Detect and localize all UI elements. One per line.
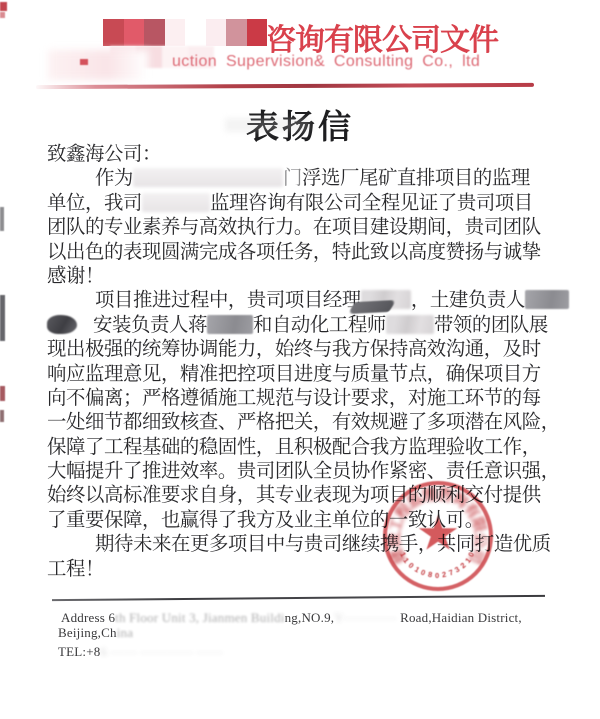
mosaic-cell [165, 19, 186, 46]
body-line: 期待未来在更多项目中与贵司继续携手，共同打造优质 [47, 533, 587, 557]
body-line: 了重要保障，也赢得了我方及业主单位的一致认可。 [47, 509, 587, 533]
footer-text-fragment: 6 —— ———— —— [100, 644, 223, 659]
redaction-block [142, 193, 210, 212]
mosaic-cell [124, 19, 145, 46]
body-text: 浮选厂尾矿直排项目的监理 [302, 168, 530, 189]
footer-text-fragment: ng,NO.9, [285, 610, 335, 625]
body-line: 单位，我司监理咨询有限公司全程见证了贵司项目 [47, 192, 587, 216]
body-line: 响应监理意见，精准把控项目进度与质量节点，确保项目方 [47, 363, 587, 387]
body-line: 致鑫海公司： [47, 143, 587, 167]
footer-text-fragment: Beijing,Ch [58, 625, 117, 640]
body-line: 安装负责人蒋和自动化工程师带领的团队展 [47, 314, 587, 338]
seal-ring-char: 设 [383, 532, 405, 548]
footer-telephone: TEL:+86 —— ———— —— [58, 644, 223, 660]
redaction-block [386, 315, 434, 334]
letter-page: 咨询有限公司文件 uction Supervision& Consulting … [0, 0, 600, 719]
body-line: 现出极强的统筹协调能力，始终与我方保持高效沟通，及时 [47, 338, 587, 362]
body-line: 保障了工程基础的稳固性，且积极配合我方监理验收工作， [47, 436, 587, 460]
body-text: 作为 [95, 168, 133, 189]
footer-text-fragment: ina [117, 625, 133, 640]
letter-body: 致鑫海公司：作为门浮选厂尾矿直排项目的监理单位，我司监理咨询有限公司全程见证了贵… [47, 143, 587, 582]
body-text: 团队的专业素养与高效执行力。在项目建设期间，贵司团队 [47, 217, 541, 238]
mosaic-cell [226, 19, 247, 46]
body-text: 监理咨询有限公司全程见证了贵司项目 [210, 193, 533, 214]
body-text: 以出色的表现圆满完成各项任务，特此致以高度赞扬与诚挚 [47, 242, 541, 263]
scan-artifact [0, 12, 5, 18]
redaction-block [207, 315, 253, 334]
footer-separator [52, 595, 545, 602]
mosaic-cell [185, 19, 206, 46]
body-line: 团队的专业素养与高效执行力。在项目建设期间，贵司团队 [47, 216, 587, 240]
body-text: 工程！ [47, 559, 104, 580]
header-rule [36, 83, 534, 89]
body-text: 响应监理意见，精准把控项目进度与质量节点，确保项目方 [47, 364, 541, 385]
body-text: 感谢！ [47, 266, 104, 287]
body-text: 致鑫海公司： [47, 144, 161, 165]
mosaic-cell [206, 19, 227, 46]
footer-text-fragment: Address 6 [61, 610, 115, 625]
mosaic-cell [247, 19, 268, 46]
mosaic-cell [144, 19, 165, 46]
org-title-en: uction Supervision& Consulting Co., ltd [172, 53, 480, 71]
spacer [77, 315, 93, 334]
body-text: 门 [283, 168, 302, 189]
body-line: 项目推进过程中，贵司项目经理，土建负责人 [47, 289, 587, 313]
scan-artifact [80, 59, 88, 65]
body-line: 以出色的表现圆满完成各项任务，特此致以高度赞扬与诚挚 [47, 241, 587, 265]
scan-artifact [0, 386, 5, 401]
redaction-block [525, 290, 569, 309]
footer-text-fragment: Road,Haidian District, [400, 610, 522, 625]
body-text: 项目推进过程中，贵司项目经理 [95, 290, 361, 311]
footer-address-line1: Address 6th Floor Unit 3, Jianmen Buildi… [61, 610, 522, 626]
body-text: 和自动化工程师 [253, 315, 386, 336]
body-line: 工程！ [47, 558, 587, 582]
body-line: 始终以高标准要求自身，其专业表现为项目的顺利交付提供 [47, 484, 587, 508]
body-text: 带领的团队展 [434, 315, 548, 336]
footer-text-fragment: th Floor Unit 3, Jianmen Buildi [115, 610, 284, 625]
scan-smudge [225, 118, 310, 132]
seal-digit: 0 [435, 571, 439, 580]
body-text: 现出极强的统筹协调能力，始终与我方保持高效沟通，及时 [47, 339, 541, 360]
body-text: 向不偏离；严格遵循施工规范与设计要求，对施工环节的每 [47, 388, 541, 409]
footer-text-fragment: Y———— [334, 610, 400, 625]
scan-artifact [0, 207, 4, 231]
scan-artifact [0, 2, 7, 11]
body-line: 作为门浮选厂尾矿直排项目的监理 [47, 167, 587, 191]
redaction-mosaic [103, 19, 267, 46]
body-line: 大幅提升了推进效率。贵司团队全员协作紧密、责任意识强， [47, 460, 587, 484]
scan-artifact [0, 410, 4, 422]
body-text: 安装负责人蒋 [93, 315, 207, 336]
footer-address-line2: Beijing,China [58, 625, 133, 641]
body-text: 一处细节都细致核查、严格把关，有效规避了多项潜在风险， [47, 412, 560, 433]
mosaic-cell [103, 19, 124, 46]
company-seal: 建设工程监理咨询有限公司1101080273210 [381, 479, 495, 593]
body-line: 感谢！ [47, 265, 587, 289]
scan-artifact [0, 295, 5, 341]
body-line: 向不偏离；严格遵循施工规范与设计要求，对施工环节的每 [47, 387, 587, 411]
body-text: 单位，我司 [47, 193, 142, 214]
redaction-block [133, 168, 283, 187]
footer-text-fragment: TEL:+8 [58, 644, 100, 659]
body-text: 保障了工程基础的稳固性，且积极配合我方监理验收工作， [47, 437, 541, 458]
body-text: ，土建负责人 [411, 290, 525, 311]
body-line: 一处细节都细致核查、严格把关，有效规避了多项潜在风险， [47, 411, 587, 435]
header-blur-smudge [48, 50, 148, 80]
redaction-block [47, 315, 77, 334]
